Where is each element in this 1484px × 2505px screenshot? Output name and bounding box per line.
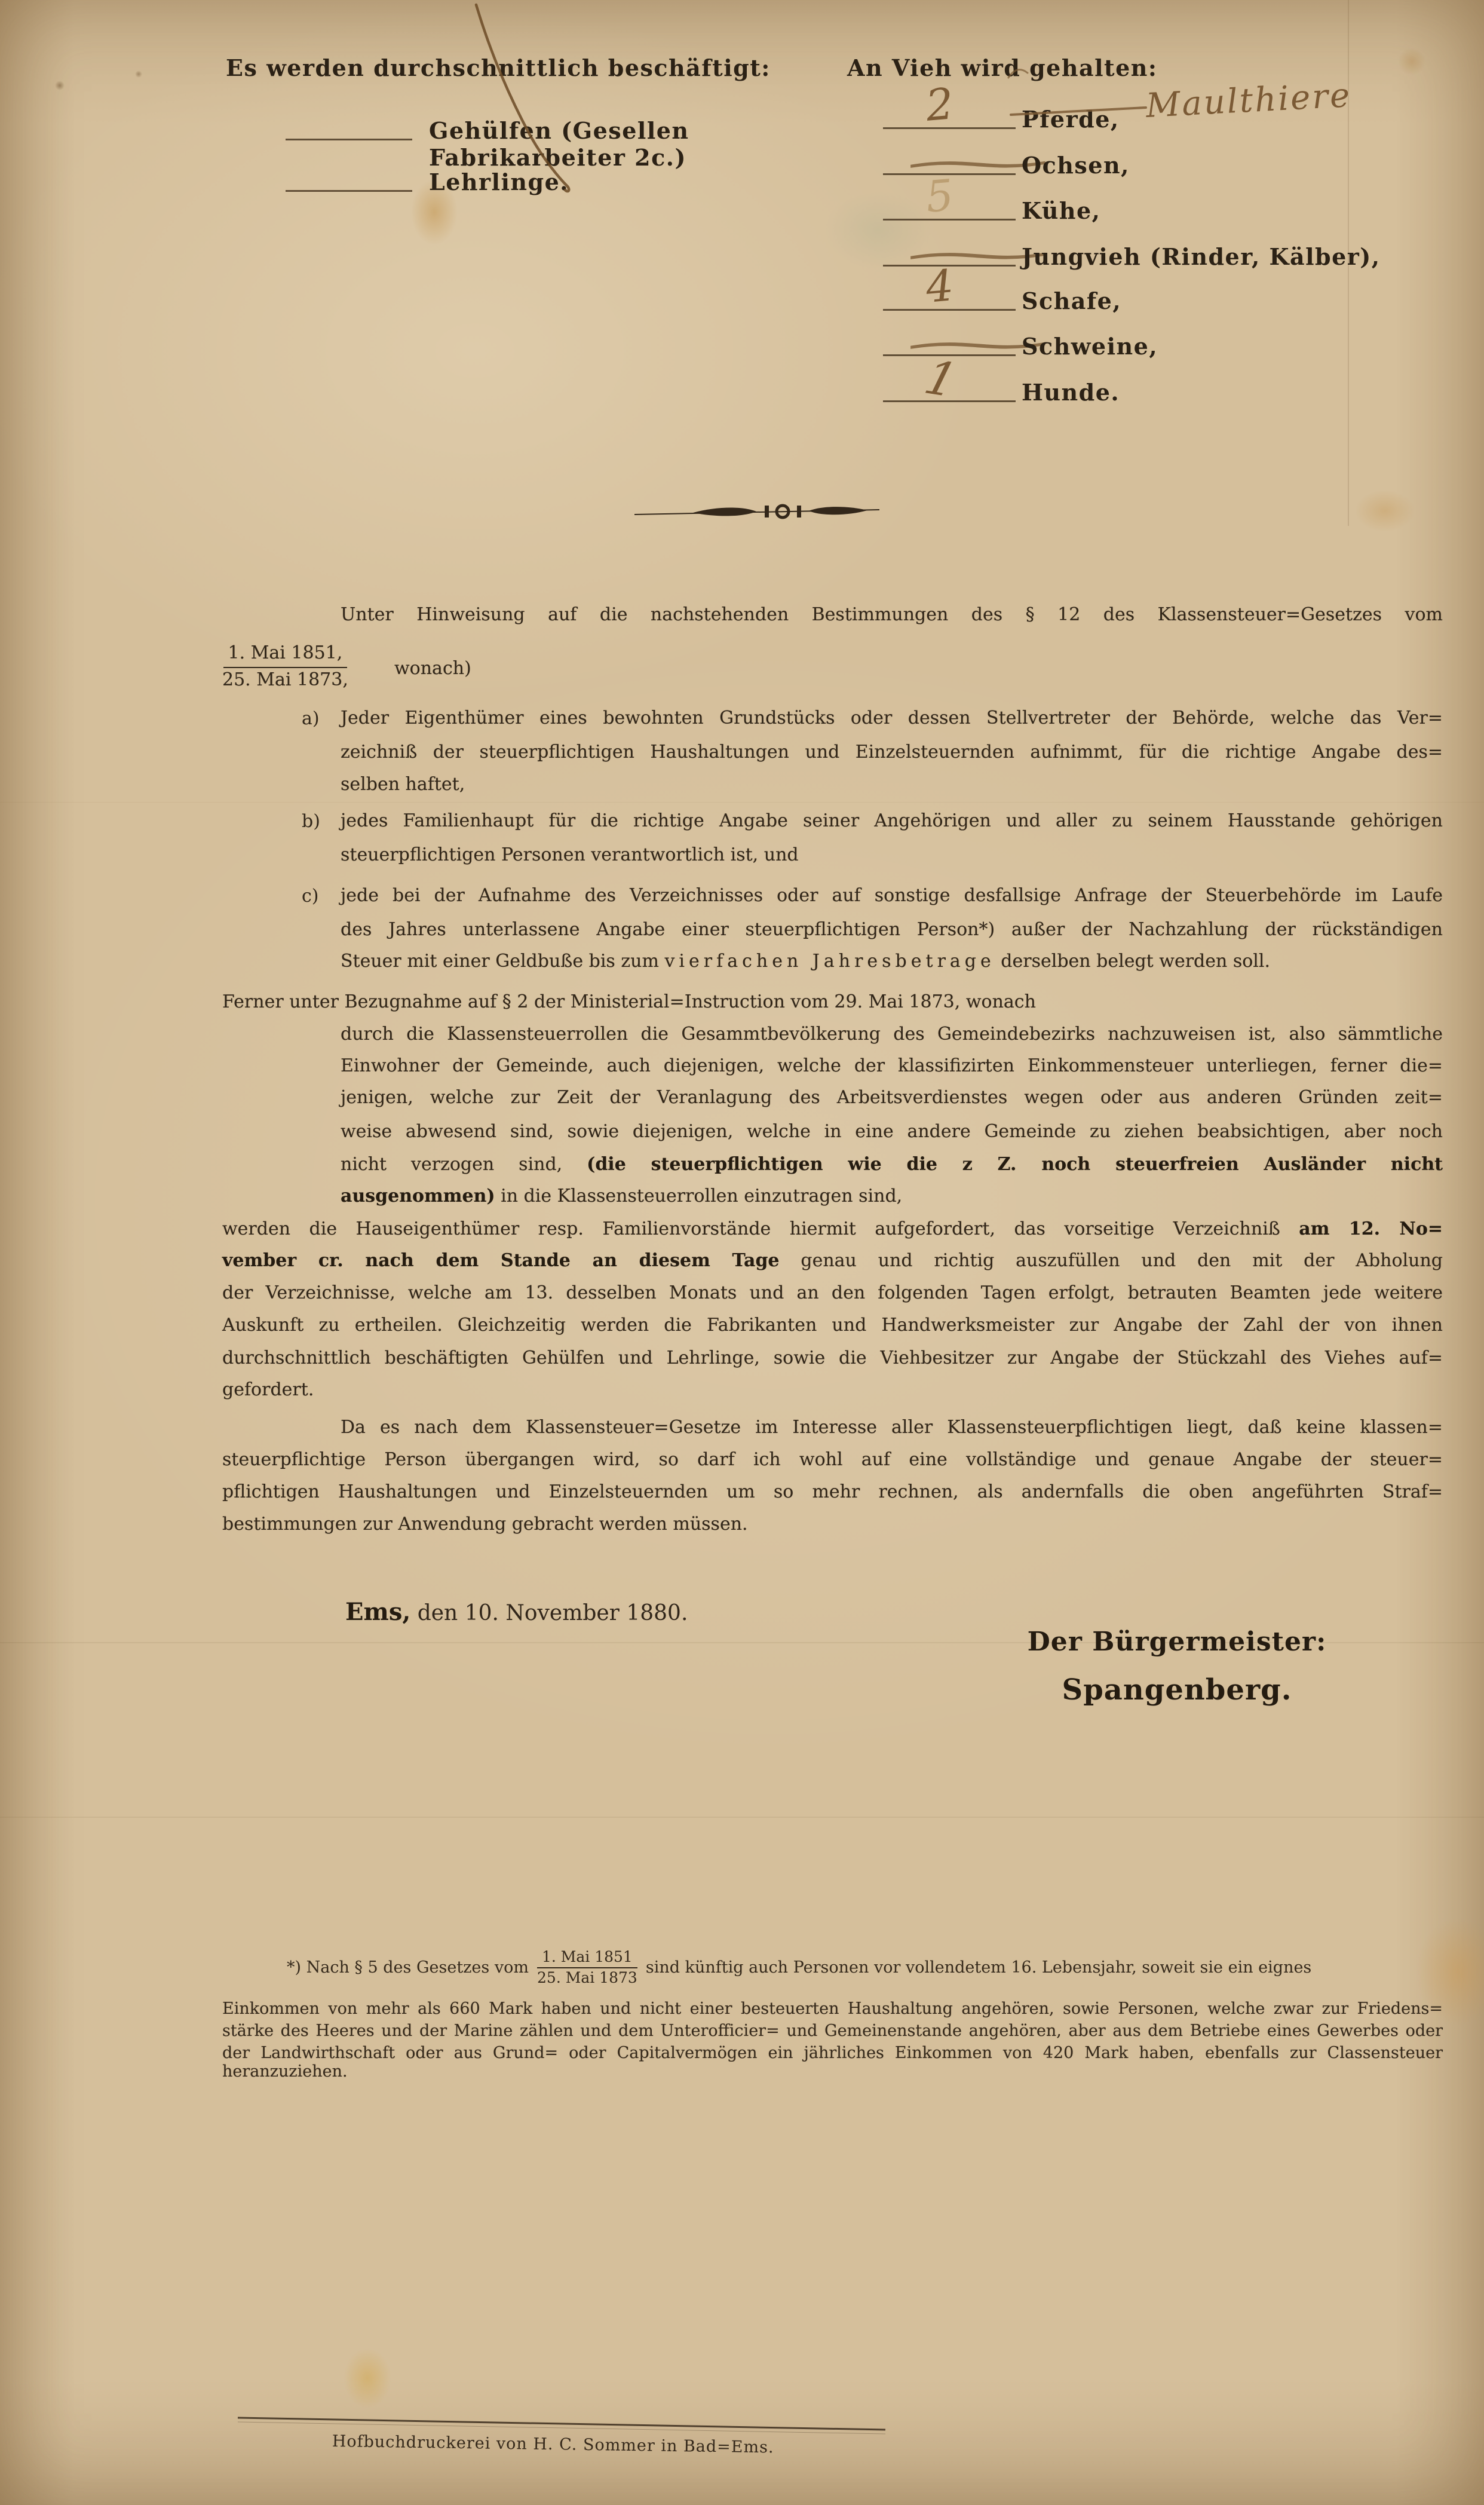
body-line: Unter Hinweisung auf die nachstehenden B… <box>341 605 1443 626</box>
paragraph-marker: c) <box>302 886 319 907</box>
bold-text: (die steuerpflichtigen wie die z Z. noch… <box>587 1154 1443 1175</box>
body-line: wonach) <box>394 659 471 679</box>
signature-block: Der Bürgermeister: <box>1010 1627 1344 1657</box>
livestock-label: Schweine, <box>1022 333 1158 360</box>
body-line: der Verzeichnisse, welche am 13. desselb… <box>222 1283 1443 1304</box>
bold-text: ausgenommen) <box>341 1186 495 1206</box>
livestock-label: Ochsen, <box>1022 152 1130 179</box>
livestock-row: ~ Jungvieh (Rinder, Kälber), <box>883 230 1480 273</box>
livestock-label: Hunde. <box>1022 379 1120 406</box>
body-line: Auskunft zu ertheilen. Gleichzeitig werd… <box>222 1315 1443 1336</box>
body-line: Da es nach dem Klassensteuer=Gesetze im … <box>341 1417 1443 1438</box>
body-line: pflichtigen Haushaltungen und Einzelsteu… <box>222 1482 1443 1503</box>
livestock-label: Schafe, <box>1022 287 1121 314</box>
body-line: Einwohner der Gemeinde, auch diejenigen,… <box>341 1056 1443 1077</box>
body-line: gefordert. <box>222 1380 314 1401</box>
imprint-rule <box>238 2418 885 2434</box>
livestock-row: 4 Schafe, <box>883 274 1480 317</box>
fraction-bottom: 25. Mai 1873 <box>537 1968 637 1985</box>
document-page: Es werden durchschnittlich beschäftigt: … <box>0 0 1484 2505</box>
paragraph-marker: a) <box>302 708 320 729</box>
date-fraction: 1. Mai 1851, 25. Mai 1873, <box>222 643 348 690</box>
body-line: jenigen, welche zur Zeit der Veranlagung… <box>341 1088 1443 1108</box>
body-line: bestimmungen zur Anwendung gebracht werd… <box>222 1514 748 1535</box>
fraction-top: 1. Mai 1851 <box>537 1949 637 1968</box>
fraction-bottom: 25. Mai 1873, <box>222 668 348 691</box>
body-line: selben haftet, <box>341 774 465 795</box>
printer-imprint: Hofbuchdruckerei von H. C. Sommer in Bad… <box>332 2433 774 2455</box>
body-line: durchschnittlich beschäftigten Gehülfen … <box>222 1348 1443 1369</box>
bold-text: am 12. No= <box>1299 1218 1443 1239</box>
body-line: zeichniß der steuerpflichtigen Haushaltu… <box>341 742 1443 763</box>
handwritten-value: 2 <box>924 82 955 127</box>
employment-row: Lehrlinge. <box>286 155 823 198</box>
footnote-line: Einkommen von mehr als 660 Mark haben un… <box>222 1999 1443 2018</box>
signature-title: Der Bürgermeister: <box>1028 1627 1327 1657</box>
livestock-label: Kühe, <box>1022 197 1100 224</box>
livestock-row: ~ Schweine, <box>883 320 1480 363</box>
body-line: Steuer mit einer Geldbuße bis zum vierfa… <box>341 951 1270 972</box>
fold-line <box>0 1817 1484 1818</box>
footnote-line: der Landwirthschaft oder aus Grund= oder… <box>222 2044 1443 2081</box>
stain <box>55 81 65 90</box>
stain <box>1398 48 1425 75</box>
body-line: nicht verzogen sind, (die steuerpflichti… <box>341 1154 1443 1175</box>
blank-line <box>286 139 412 140</box>
body-line: vember cr. nach dem Stande an diesem Tag… <box>222 1251 1443 1272</box>
bold-text: vember cr. nach dem Stande an diesem Tag… <box>222 1250 780 1271</box>
signature-block: Spangenberg. <box>1010 1673 1344 1707</box>
body-line: jedes Familienhaupt für die richtige Ang… <box>341 811 1443 832</box>
body-line: durch die Klassensteuerrollen die Gesamm… <box>341 1024 1443 1045</box>
handwritten-value: 4 <box>924 264 955 309</box>
body-line: des Jahres unterlassene Angabe einer ste… <box>341 920 1443 941</box>
stain <box>344 2348 391 2408</box>
livestock-label: Pferde, <box>1022 106 1120 133</box>
signature-name: Spangenberg. <box>1062 1673 1292 1707</box>
body-line: jede bei der Aufnahme des Verzeichnisses… <box>341 886 1443 907</box>
footnote-lead: *) Nach § 5 des Gesetzes vom <box>287 1959 529 1976</box>
blank-line <box>286 190 412 192</box>
place-name: Ems, <box>345 1598 410 1626</box>
livestock-row: 1 Hunde. <box>883 366 1480 409</box>
livestock-heading: An Vieh wird gehalten: <box>847 57 1157 79</box>
body-line: steuerpflichtige Person übergangen wird,… <box>222 1450 1443 1471</box>
employment-heading: Es werden durchschnittlich beschäftigt: <box>226 57 771 79</box>
paragraph-marker: b) <box>302 811 320 832</box>
fold-line <box>0 802 1484 803</box>
divider-ornament <box>634 506 879 517</box>
emphasized-spaced-text: vierfachen Jahresbetrage <box>664 951 995 972</box>
body-line: Ferner unter Bezugnahme auf § 2 der Mini… <box>222 992 1036 1013</box>
body-line: weise abwesend sind, sowie diejenigen, w… <box>341 1122 1443 1143</box>
handwritten-annotation: Maulthiere <box>1145 79 1353 123</box>
footnote-line: *) Nach § 5 des Gesetzes vom 1. Mai 1851… <box>287 1949 1311 1985</box>
livestock-row: 2 Pferde, Maulthiere <box>883 93 1480 136</box>
footnote-text: sind künftig auch Personen vor vollendet… <box>646 1959 1311 1976</box>
employment-label: Lehrlinge. <box>429 169 569 195</box>
body-line: steuerpflichtigen Personen verantwortlic… <box>341 845 799 866</box>
stain <box>135 71 142 78</box>
body-line: werden die Hauseigenthümer resp. Familie… <box>222 1219 1443 1240</box>
handwritten-value: 5 <box>924 173 955 219</box>
livestock-row: ~ Ochsen, <box>883 139 1480 182</box>
livestock-row: 5 Kühe, <box>883 184 1480 227</box>
body-line: Jeder Eigenthümer eines bewohnten Grunds… <box>341 708 1443 729</box>
livestock-label: Jungvieh (Rinder, Kälber), <box>1022 243 1381 270</box>
employment-row: Gehülfen (Gesellen Fabrikarbeiter 2c.) <box>286 104 823 147</box>
footnote-line: stärke des Heeres und der Marine zählen … <box>222 2022 1443 2040</box>
fraction-top: 1. Mai 1851, <box>223 643 348 668</box>
body-line: ausgenommen) in die Klassensteuerrollen … <box>341 1186 902 1207</box>
date-line: Ems, den 10. November 1880. <box>345 1600 688 1624</box>
stain <box>1355 490 1415 532</box>
